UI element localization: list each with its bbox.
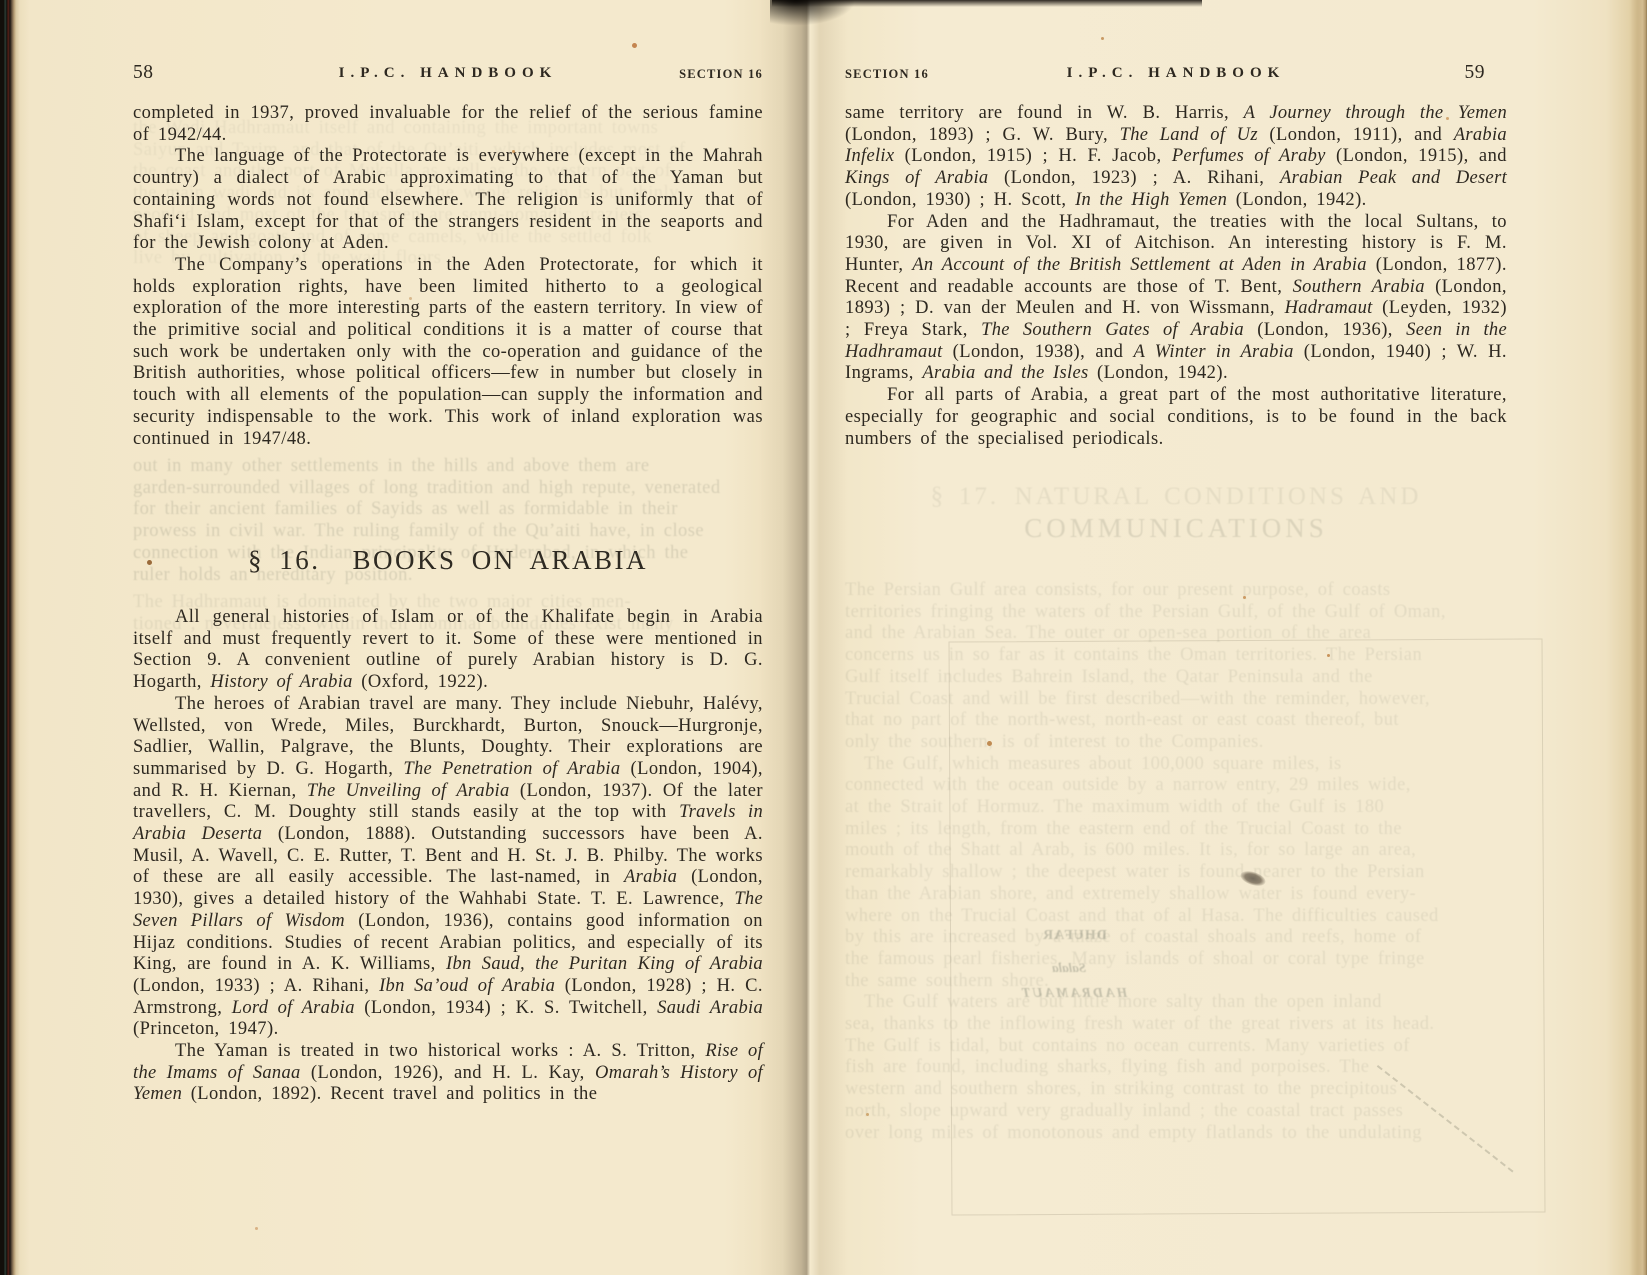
text-run: (London, 1938), and — [943, 342, 1134, 362]
page-number: 59 — [1465, 62, 1486, 84]
running-title: I.P.C. HANDBOOK — [1067, 65, 1286, 82]
bleed-through-line: garden-surrounded villages of long tradi… — [133, 478, 763, 500]
text-run: For all parts of Arabia, a great part of… — [845, 385, 1507, 448]
running-head-right: SECTION 16 I.P.C. HANDBOOK 59 — [845, 62, 1507, 90]
page-number: 58 — [133, 62, 154, 84]
book-title-italic: Ibn Saud, the Puritan King of Arabia — [446, 954, 763, 974]
book-title-italic: The Penetration of Arabia — [403, 759, 620, 779]
book-title-italic: In the High Yemen — [1075, 190, 1227, 210]
paragraph: completed in 1937, proved invaluable for… — [133, 103, 763, 146]
running-title: I.P.C. HANDBOOK — [339, 65, 558, 82]
book-title-italic: The Southern Gates of Arabia — [981, 320, 1244, 340]
bleed-map-label: DHUFAR — [1042, 928, 1107, 944]
book-edge-left — [0, 0, 30, 1275]
page-edge-right — [1629, 0, 1647, 1275]
text-run: (London, 1933) ; A. Rihani, — [133, 976, 379, 996]
paragraph: For all parts of Arabia, a great part of… — [845, 385, 1507, 450]
text-run: (London, 1936), — [1244, 320, 1406, 340]
bleed-through-heading: COMMUNICATIONS — [845, 518, 1507, 540]
bleed-through-line: prowess in civil war. The ruling family … — [133, 521, 763, 543]
book-scan: the Wadi Hadhramaut itself and containin… — [0, 0, 1647, 1275]
page-right: SECTION 16 I.P.C. HANDBOOK 59 same terri… — [845, 62, 1507, 90]
paragraph: The language of the Protectorate is ever… — [133, 146, 763, 255]
running-head-left: 58 I.P.C. HANDBOOK SECTION 16 — [133, 62, 763, 90]
book-title-italic: Perfumes of Araby — [1172, 146, 1326, 166]
paragraph: For Aden and the Hadhramaut, the treatie… — [845, 212, 1507, 386]
paragraph: The Company’s operations in the Aden Pro… — [133, 255, 763, 450]
book-title-italic: Southern Arabia — [1293, 277, 1425, 297]
book-title-italic: Hadramaut — [1285, 298, 1373, 318]
book-gutter — [760, 0, 848, 1275]
page-body-upper: completed in 1937, proved invaluable for… — [133, 103, 763, 450]
book-title-italic: A Journey through the Yemen — [1244, 103, 1507, 123]
text-run: (London, 1942). — [1227, 190, 1367, 210]
text-run: The language of the Protectorate is ever… — [133, 146, 763, 253]
page-body-lower: All general histories of Islam or of the… — [133, 607, 763, 1106]
book-title-italic: History of Arabia — [210, 672, 352, 692]
text-run: (London, 1926), and H. L. Kay, — [301, 1063, 595, 1083]
book-title-italic: Arabia and the Isles — [922, 363, 1088, 383]
section-heading: § 16. BOOKS ON ARABIA — [133, 545, 763, 576]
text-run: (Oxford, 1922). — [353, 672, 488, 692]
book-title-italic: The Land of Uz — [1120, 125, 1258, 145]
bleed-through-line: out in many other settlements in the hil… — [133, 456, 763, 478]
text-run: completed in 1937, proved invaluable for… — [133, 103, 763, 145]
text-run: The Yaman is treated in two historical w… — [175, 1041, 705, 1061]
book-title-italic: A Winter in Arabia — [1134, 342, 1294, 362]
book-title-italic: Arabian Peak and Desert — [1280, 168, 1507, 188]
text-run: (London, 1915) ; H. F. Jacob, — [894, 146, 1171, 166]
bleed-map-label: Salala — [1052, 960, 1086, 976]
text-run: (London, 1915), and — [1326, 146, 1507, 166]
bleed-through-heading: § 17. NATURAL CONDITIONS AND — [845, 486, 1507, 508]
text-run: (London, 1942). — [1088, 363, 1228, 383]
text-run: (London, 1923) ; A. Rihani, — [988, 168, 1280, 188]
text-run: The Company’s operations in the Aden Pro… — [133, 255, 763, 449]
book-title-italic: The Unveiling of Arabia — [307, 781, 510, 801]
book-title-italic: Lord of Arabia — [232, 998, 355, 1018]
book-title-italic: Ibn Sa’oud of Arabia — [379, 976, 555, 996]
section-label: SECTION 16 — [679, 67, 763, 82]
text-run: same territory are found in W. B. Harris… — [845, 103, 1244, 123]
book-title-italic: Saudi Arabia — [657, 998, 763, 1018]
book-title-italic: Arabia — [624, 867, 677, 887]
text-run: (London, 1892). Recent travel and politi… — [182, 1084, 597, 1104]
book-title-italic: An Account of the British Settlement at … — [912, 255, 1367, 275]
bleed-through-line: territories fringing the waters of the P… — [845, 602, 1507, 624]
text-run: (Princeton, 1947). — [133, 1019, 279, 1039]
text-run: (London, 1911), and — [1258, 125, 1454, 145]
spine-shadow — [770, 0, 856, 26]
paragraph: same territory are found in W. B. Harris… — [845, 103, 1507, 212]
page-left: 58 I.P.C. HANDBOOK SECTION 16 completed … — [133, 62, 763, 90]
book-title-italic: Kings of Arabia — [845, 168, 988, 188]
paragraph: The heroes of Arabian travel are many. T… — [133, 694, 763, 1041]
bleed-through-line: The Persian Gulf area consists, for our … — [845, 580, 1507, 602]
section-label: SECTION 16 — [845, 67, 929, 82]
bleed-through-line: for their ancient families of Sayids as … — [133, 499, 763, 521]
paragraph: The Yaman is treated in two historical w… — [133, 1041, 763, 1106]
page-body: same territory are found in W. B. Harris… — [845, 103, 1507, 450]
bleed-map-label: HADRAMAUT — [1020, 986, 1127, 1002]
paragraph: All general histories of Islam or of the… — [133, 607, 763, 694]
text-run: (London, 1893) ; G. W. Bury, — [845, 125, 1120, 145]
text-run: (London, 1934) ; K. S. Twitchell, — [355, 998, 657, 1018]
text-run: (London, 1930) ; H. Scott, — [845, 190, 1075, 210]
